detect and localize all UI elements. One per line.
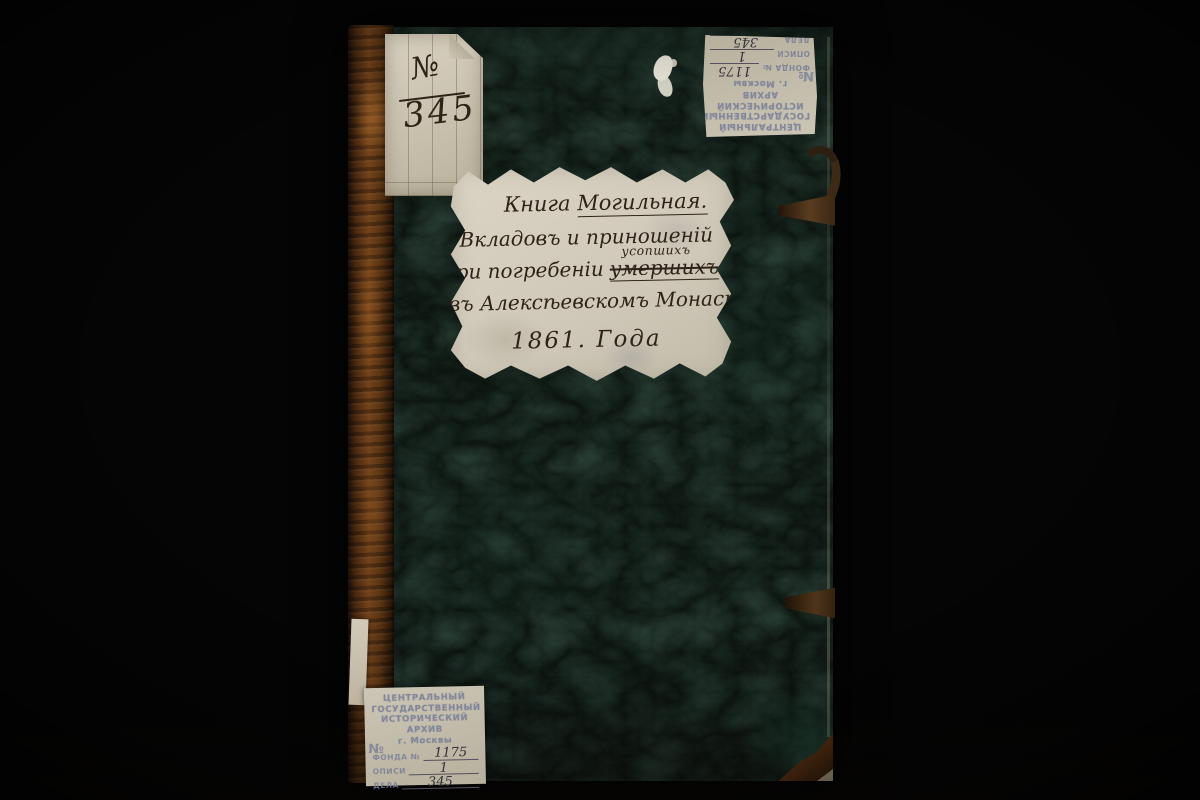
title-label: Книга Могильная. Вкладовъ и приношеній п… [448, 165, 734, 383]
stamp-line: ЦЕНТРАЛЬНЫЙ [710, 120, 810, 131]
photo-background: № 345 ЦЕНТРАЛЬНЫЙ ГОСУДАРСТВЕННЫЙ ИСТОРИ… [0, 0, 1200, 800]
delo-value: 345 [402, 777, 479, 790]
stamp-delo-row: ДЕЛА 345 [373, 777, 479, 791]
fond-label: ФОНДА № [372, 752, 420, 762]
stamp-fond-row: ФОНДА № 1175 [710, 63, 810, 74]
stamp-line: ИСТОРИЧЕСКИЙ АРХИВ [710, 89, 810, 110]
handwritten-number: 345 [401, 88, 479, 137]
archive-stamp-top: ЦЕНТРАЛЬНЫЙ ГОСУДАРСТВЕННЫЙ ИСТОРИЧЕСКИЙ… [703, 35, 817, 137]
book-cover: № 345 ЦЕНТРАЛЬНЫЙ ГОСУДАРСТВЕННЫЙ ИСТОРИ… [348, 27, 833, 781]
inserted-word: усопшихъ [621, 242, 690, 258]
title-text: Книга Могильная. Вкладовъ и приношеній п… [446, 162, 737, 386]
title-line-4: въ Алексѣевскомъ Монастырѣ [448, 286, 734, 316]
title-line-3: при погребеніиусопшихъумершихъ [438, 254, 724, 284]
torn-paper-piece [656, 74, 674, 98]
opis-value: 1 [710, 49, 774, 60]
stamp-line: ИСТОРИЧЕСКИЙ АРХИВ [372, 713, 478, 736]
stamp-opis-row: ОПИСИ 1 [710, 49, 810, 60]
fond-value: 1175 [710, 63, 759, 74]
torn-paper-remnant [648, 51, 682, 107]
stamp-line: г. Москвы [372, 734, 478, 747]
title-word-mogilnaya: Могильная. [577, 189, 708, 218]
struck-word: умершихъ [610, 254, 720, 281]
title-line3-prefix: при погребеніи [442, 257, 604, 284]
title-word-kniga: Книга [504, 191, 571, 216]
cover-edge-highlight [827, 37, 830, 737]
handwritten-number-sign: № [408, 48, 442, 87]
delo-label: ДЕЛА [373, 781, 399, 791]
opis-label: ОПИСИ [777, 49, 810, 58]
fond-value: 1175 [423, 748, 479, 761]
title-line-year: 1861. Года [443, 324, 729, 356]
title-line-1: Книга Могильная. [462, 188, 748, 218]
opis-label: ОПИСИ [373, 766, 406, 776]
corrected-word: усопшихъумершихъ [610, 254, 720, 280]
opis-value: 1 [409, 762, 479, 775]
catalog-number-label: № 345 [385, 34, 483, 196]
fond-label: ФОНДА № [762, 63, 810, 72]
archive-stamp-bottom: ЦЕНТРАЛЬНЫЙ ГОСУДАРСТВЕННЫЙ ИСТОРИЧЕСКИЙ… [364, 686, 486, 786]
stamp-line: ГОСУДАРСТВЕННЫЙ [710, 110, 810, 121]
stamp-opis-row: ОПИСИ 1 [373, 762, 479, 776]
leather-tie-top [779, 145, 837, 237]
torn-paper-piece [670, 59, 677, 67]
stamp-line: г. Москвы [710, 78, 810, 89]
stamp-fond-row: ФОНДА № 1175 [372, 748, 478, 762]
